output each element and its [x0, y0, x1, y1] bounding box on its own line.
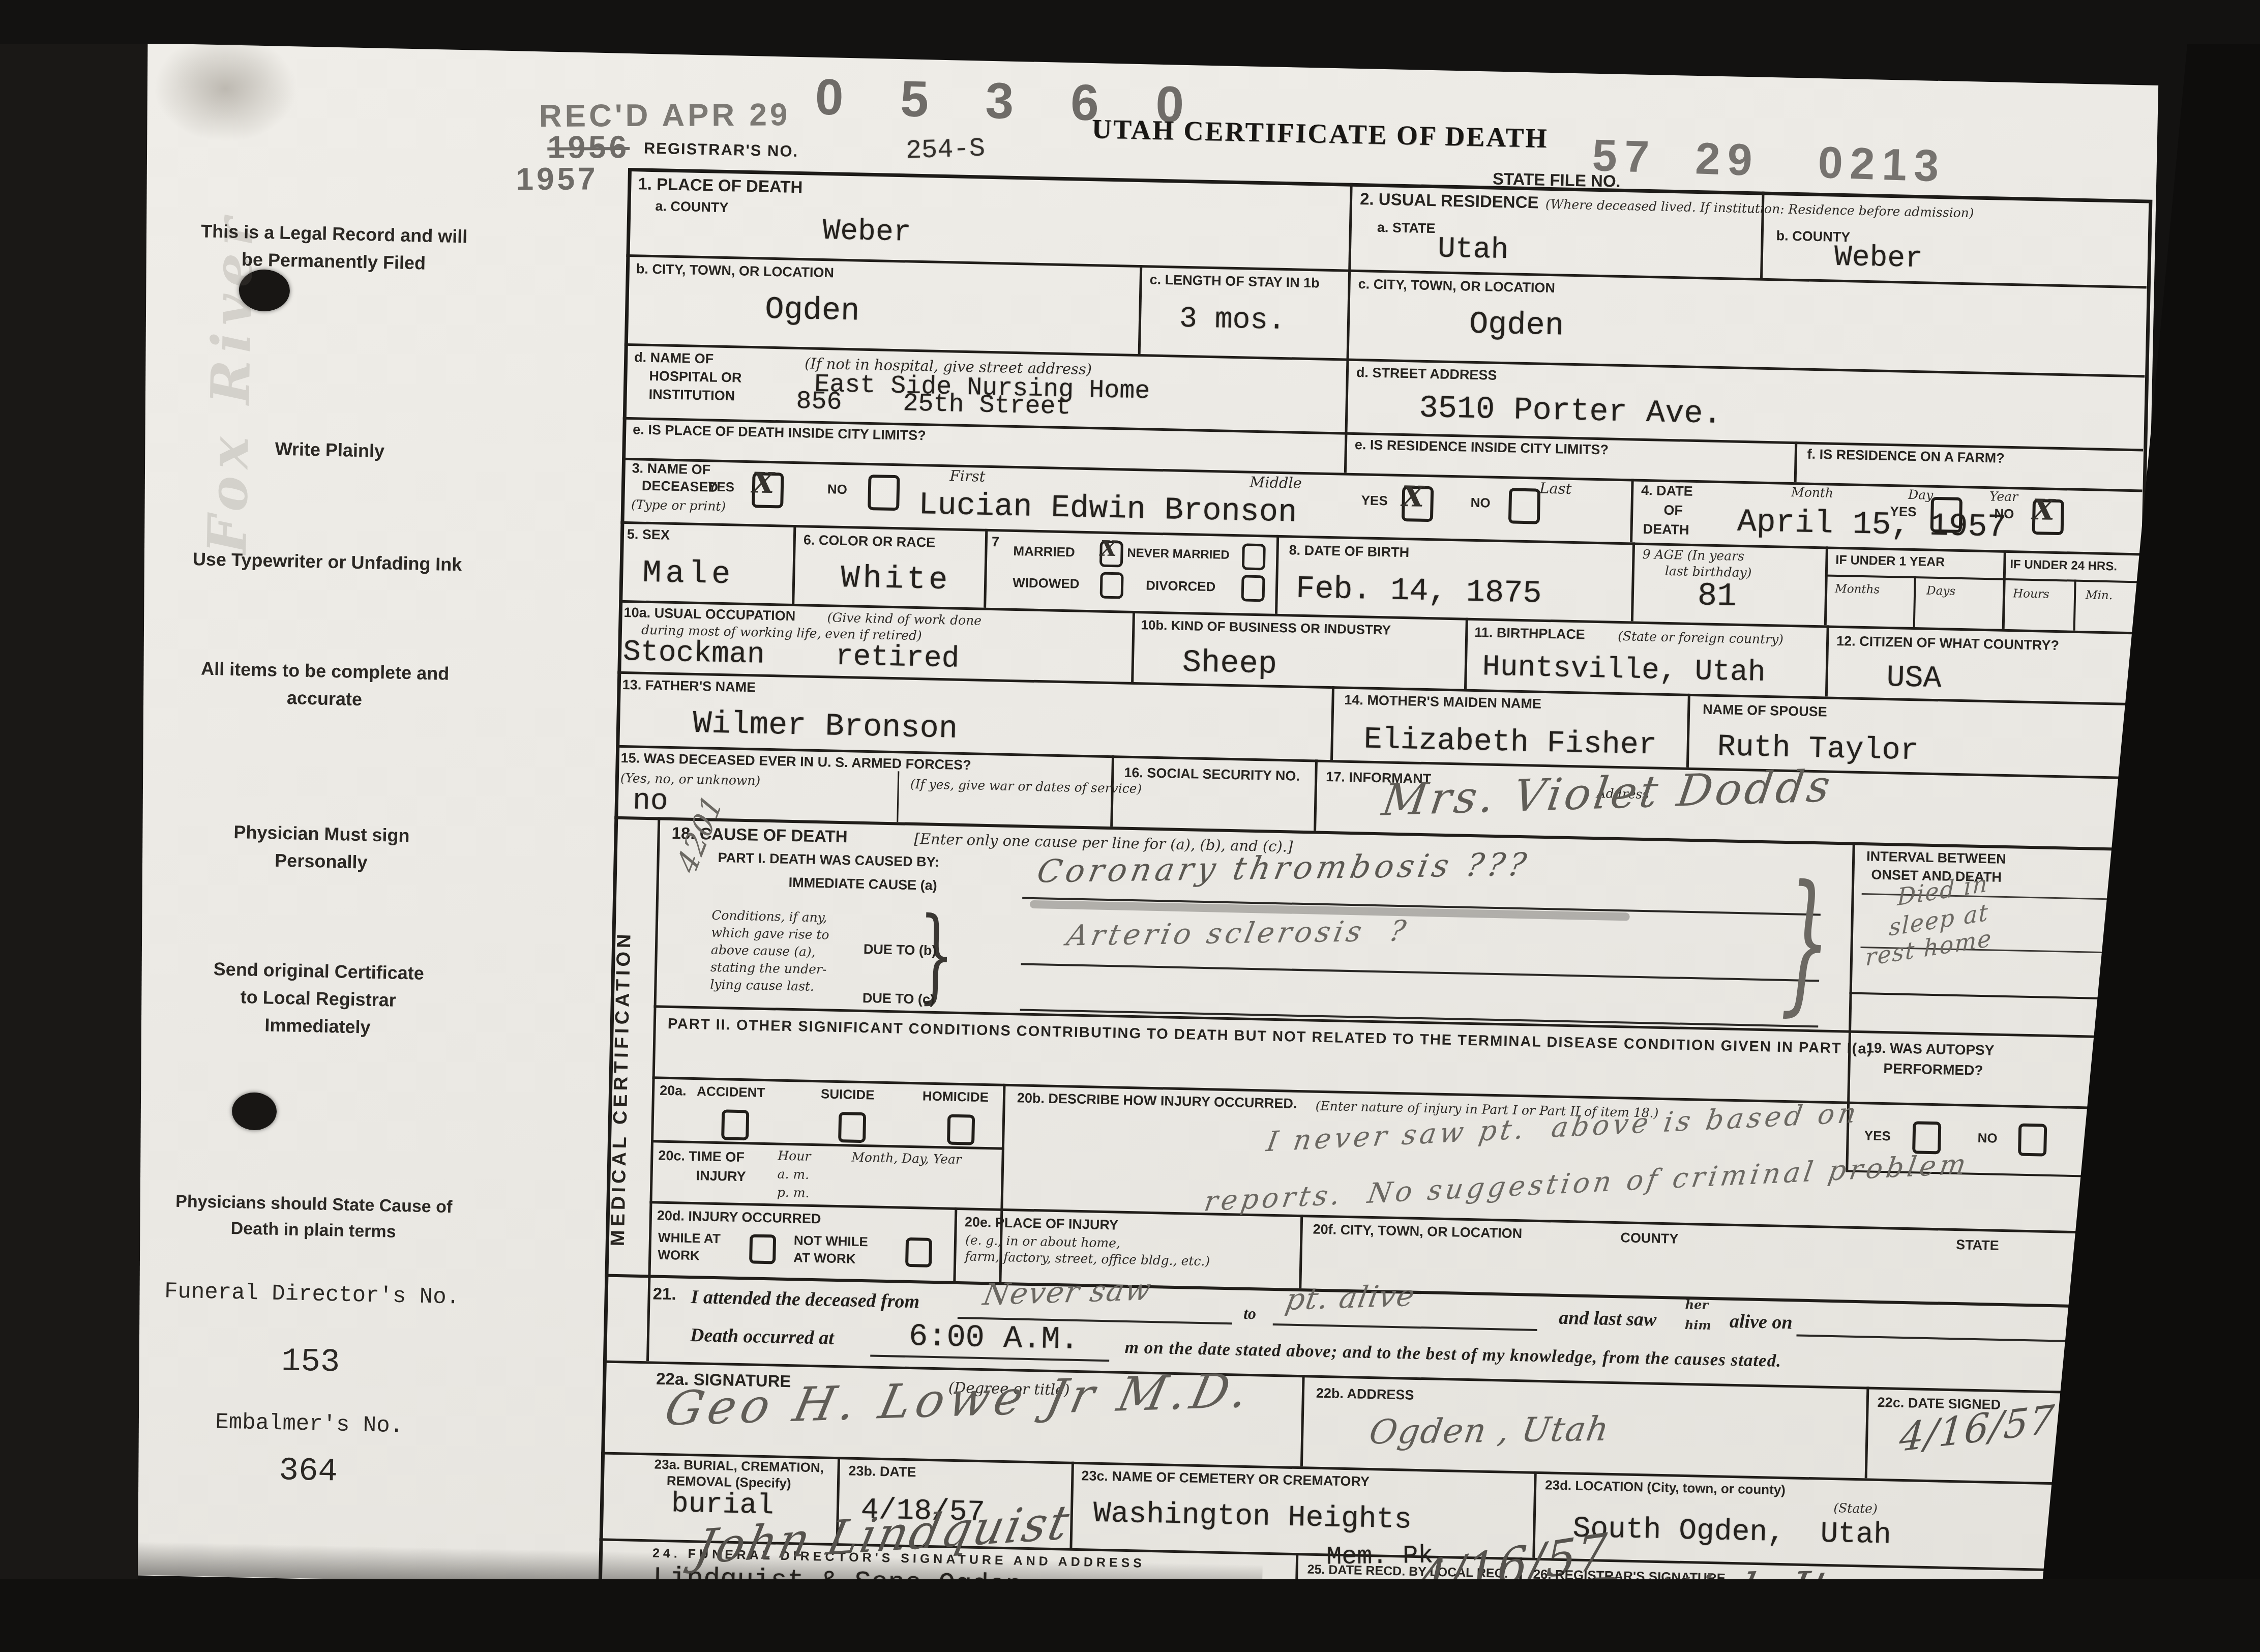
s2a-value: Utah	[1437, 234, 1508, 267]
received-year: 1957	[516, 161, 598, 197]
s18-conditions1: Conditions, if any,	[711, 908, 827, 926]
checkbox-married: X	[1099, 541, 1123, 568]
s9-u24-label: IF UNDER 24 HRS.	[2010, 557, 2117, 574]
s20c-am: a. m.	[777, 1167, 809, 1183]
s7-divorced: DIVORCED	[1146, 578, 1216, 595]
spouse-label: NAME OF SPOUSE	[1703, 701, 1827, 720]
film-edge-bottom	[0, 1579, 2260, 1652]
checkbox-res-farm-no: X	[2032, 499, 2064, 535]
s3-first: First	[949, 467, 986, 485]
s20f-county: COUNTY	[1620, 1230, 1679, 1247]
s2d-value: 3510 Porter Ave.	[1419, 392, 1722, 431]
checkbox-widowed	[1100, 572, 1124, 599]
s19-no-label: NO	[1977, 1131, 1998, 1146]
s23d-value: South Ogden, Utah	[1572, 1514, 1892, 1551]
s10a-value: Stockman retired	[622, 637, 959, 675]
s4-label2: OF	[1663, 503, 1683, 519]
scanned-death-certificate: Fox River REC'D APR 29 1956 1957 0 5 3 6…	[0, 0, 2260, 1652]
s2a-label: a. STATE	[1377, 220, 1436, 237]
s9-u24-min: Min.	[2086, 588, 2113, 603]
checkbox-not-while-at-work	[905, 1237, 932, 1267]
s3-value: Lucian Edwin Bronson	[918, 488, 1297, 529]
s21-text3: alive on	[1730, 1310, 1793, 1335]
s2b-value: Weber	[1834, 243, 1923, 276]
s9-u1-months: Months	[1835, 582, 1880, 597]
registrar-no-label: REGISTRAR'S NO.	[644, 139, 799, 161]
s18-conditions4: stating the under-	[710, 960, 827, 978]
s13-value: Wilmer Bronson	[693, 707, 958, 746]
margin-note-all-items: All items to be complete and accurate	[187, 655, 463, 715]
s7-married: MARRIED	[1013, 544, 1075, 560]
s21-death-time: 6:00 A.M.	[908, 1320, 1079, 1356]
s3-last: Last	[1539, 480, 1572, 498]
checkbox-never-married	[1242, 543, 1266, 570]
s20f-state: STATE	[1956, 1237, 1999, 1254]
certificate-paper: Fox River REC'D APR 29 1956 1957 0 5 3 6…	[113, 43, 2158, 1617]
s2c-value: Ogden	[1469, 308, 1564, 343]
margin-note-physician: Physician Must sign Personally	[204, 818, 439, 878]
s21-hw2: pt. alive	[1283, 1280, 1418, 1315]
s20e-label: 20e. PLACE OF INJURY	[964, 1214, 1118, 1233]
s8-value: Feb. 14, 1875	[1295, 572, 1542, 610]
s21-him: him	[1685, 1318, 1712, 1333]
s3-middle: Middle	[1250, 474, 1302, 492]
s3-label2: DECEASED	[642, 478, 719, 495]
s7-widowed: WIDOWED	[1013, 575, 1080, 592]
s20a-homicide: HOMICIDE	[923, 1088, 989, 1105]
s23b-label: 23b. DATE	[848, 1463, 916, 1481]
checkbox-accident	[721, 1109, 749, 1140]
s21-to: to	[1243, 1304, 1257, 1323]
s20a-label: 20a.	[660, 1083, 687, 1099]
s7-num: 7	[992, 534, 1000, 550]
s3-label1: 3. NAME OF	[632, 460, 710, 478]
s1a-label: a. COUNTY	[655, 198, 729, 216]
s1d-label2: HOSPITAL OR	[649, 368, 742, 386]
s10a-hint1: (Give kind of work done	[827, 610, 982, 628]
s14-value: Elizabeth Fisher	[1363, 724, 1657, 762]
s8-label: 8. DATE OF BIRTH	[1289, 542, 1409, 560]
s20d-while2: WORK	[658, 1248, 700, 1264]
s4-value: April 15, 1957	[1737, 506, 2007, 545]
s1d-label3: INSTITUTION	[648, 387, 735, 404]
s20a-suicide: SUICIDE	[821, 1086, 875, 1103]
checkbox-pod-limits-no	[868, 475, 900, 511]
s4-day: Day	[1908, 487, 1934, 503]
s12-value: USA	[1886, 662, 1942, 695]
s6-value: White	[841, 562, 951, 597]
s9-u1-label: IF UNDER 1 YEAR	[1835, 553, 1945, 570]
s20d-while1: WHILE AT	[658, 1230, 721, 1247]
check-mark: X	[2032, 493, 2055, 527]
funeral-director-no-label: Funeral Director's No.	[149, 1277, 475, 1313]
embalmer-no-value: 364	[145, 1448, 471, 1497]
film-edge-left	[0, 0, 153, 1652]
film-edge-top	[0, 0, 2260, 44]
margin-note-plain-terms: Physicians should State Cause of Death i…	[151, 1188, 477, 1247]
cause-b-handwriting: Arterio sclerosis ?	[1064, 917, 1412, 951]
s18-due-b: DUE TO (b)	[864, 941, 937, 959]
punch-hole	[231, 1092, 277, 1131]
s19-label1: 19. WAS AUTOPSY	[1866, 1040, 1995, 1058]
s23d-state-label: (State)	[1833, 1500, 1878, 1517]
s22b-label: 22b. ADDRESS	[1316, 1385, 1414, 1403]
s21-num: 21.	[652, 1284, 676, 1304]
s20c-pm: p. m.	[777, 1185, 810, 1201]
s9-label1: 9 AGE (In years	[1642, 547, 1744, 564]
s21-hw1: Never saw	[980, 1274, 1154, 1311]
s21-her: her	[1685, 1297, 1708, 1313]
s1d-value2: 856 25th Street	[796, 389, 1071, 421]
s2-title: 2. USUAL RESIDENCE	[1360, 189, 1539, 212]
s10b-value: Sheep	[1182, 646, 1277, 681]
s4-label1: 4. DATE	[1641, 483, 1693, 499]
s1d-label: d. NAME OF	[634, 349, 714, 367]
checkbox-homicide	[947, 1114, 975, 1145]
received-year-struck: 1956	[547, 130, 630, 165]
s1c-value: 3 mos.	[1179, 304, 1286, 337]
s1-title: 1. PLACE OF DEATH	[638, 174, 803, 197]
s5-label: 5. SEX	[627, 526, 670, 543]
s2e-yes-label: YES	[1361, 493, 1388, 509]
s7-never: NEVER MARRIED	[1127, 546, 1230, 563]
s15-value: no	[632, 786, 668, 817]
s18-conditions3: above cause (a),	[711, 942, 816, 960]
s20c-label2: INJURY	[696, 1168, 746, 1185]
s21-text2: and last saw	[1559, 1307, 1657, 1332]
s13-label: 13. FATHER'S NAME	[622, 677, 756, 696]
s4-label3: DEATH	[1643, 521, 1689, 538]
s18-immediate: IMMEDIATE CAUSE (a)	[788, 875, 937, 894]
s19-yes-label: YES	[1864, 1128, 1891, 1144]
s20d-not1: NOT WHILE	[794, 1233, 868, 1250]
check-mark: X	[1402, 480, 1424, 514]
interval-label1: INTERVAL BETWEEN	[1866, 848, 2006, 867]
s4-year: Year	[1989, 489, 2018, 505]
s18-conditions5: lying cause last.	[710, 977, 814, 994]
margin-note-legal: This is a Legal Record and will be Perma…	[191, 217, 477, 278]
s1b-value: Ogden	[765, 293, 860, 328]
s1a-value: Weber	[822, 216, 911, 249]
s3-hint: (Type or print)	[631, 497, 726, 514]
s20c-hour: Hour	[778, 1148, 811, 1164]
s6-label: 6. COLOR OR RACE	[804, 532, 936, 550]
checkbox-res-limits-yes: X	[1402, 486, 1434, 522]
smudge	[153, 33, 298, 143]
s11-value: Huntsville, Utah	[1482, 652, 1766, 689]
s4-month: Month	[1791, 485, 1834, 501]
checkbox-res-limits-no	[1508, 488, 1540, 524]
s18-due-c: DUE TO (c)	[863, 990, 935, 1008]
check-mark: X	[1100, 536, 1117, 562]
received-stamp-text: REC'D APR 29	[539, 97, 791, 134]
s9-u24-hours: Hours	[2013, 587, 2049, 602]
checkbox-suicide	[838, 1112, 866, 1143]
s22b-value: Ogden , Utah	[1367, 1411, 1612, 1450]
s5-value: Male	[642, 556, 735, 592]
check-mark: X	[752, 466, 775, 500]
checkbox-divorced	[1241, 575, 1265, 602]
s1e-no-label: NO	[827, 482, 848, 497]
registrar-no-value: 254-S	[905, 135, 986, 165]
s18-conditions2: which gave rise to	[711, 925, 829, 943]
checkbox-pod-limits-yes: X	[752, 472, 784, 508]
checkbox-while-at-work	[749, 1234, 776, 1264]
checkbox-autopsy-no	[2018, 1124, 2047, 1157]
page-title: UTAH CERTIFICATE OF DEATH	[1091, 113, 1549, 154]
s21-text4: Death occurred at	[690, 1324, 835, 1350]
s20a-accident: ACCIDENT	[697, 1084, 765, 1101]
margin-note-send-original: Send original Certificate to Local Regis…	[205, 955, 431, 1042]
state-file-value: 57 29 0213	[1592, 133, 1947, 189]
s2e-no-label: NO	[1470, 495, 1491, 511]
s2d-label: d. STREET ADDRESS	[1356, 365, 1497, 383]
s9-u1-days: Days	[1926, 584, 1956, 599]
s19-label2: PERFORMED?	[1883, 1060, 1983, 1079]
cause-right-brace: }	[1780, 861, 1832, 1022]
s20c-label: 20c. TIME OF	[658, 1148, 745, 1166]
s20e-hint1: (e. g., in or about home,	[965, 1232, 1120, 1251]
s20d-not2: AT WORK	[793, 1250, 856, 1266]
margin-note-typewriter: Use Typewriter or Unfading Ink	[174, 545, 480, 579]
s21-text1: I attended the deceased from	[691, 1286, 919, 1314]
s9-value: 81	[1697, 579, 1737, 614]
cause-a-handwriting: Coronary thrombosis ???	[1034, 848, 1533, 888]
s11-label: 11. BIRTHPLACE	[1474, 625, 1585, 643]
embalmer-no-label: Embalmer's No.	[146, 1407, 472, 1443]
s23c-value: Washington Heights	[1093, 1499, 1412, 1537]
s20c-mdy: Month, Day, Year	[851, 1150, 962, 1168]
funeral-director-no-value: 153	[147, 1338, 474, 1388]
